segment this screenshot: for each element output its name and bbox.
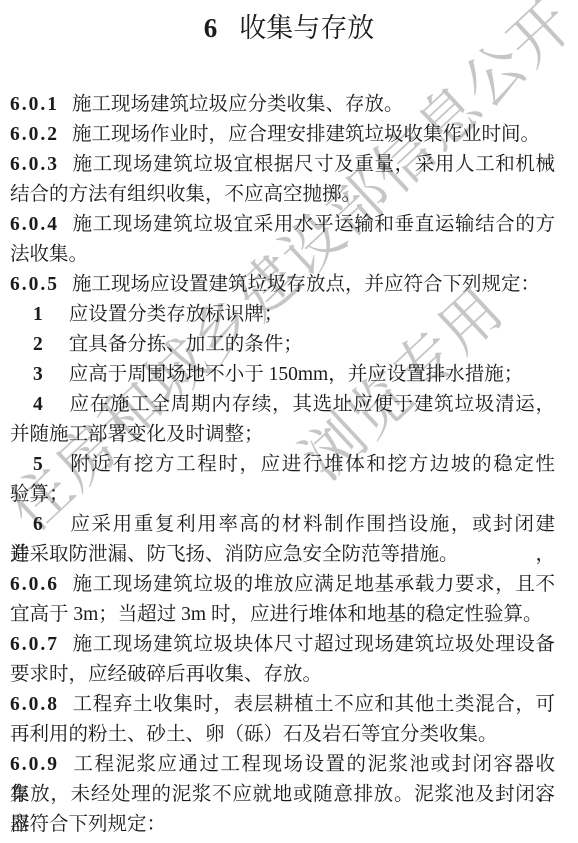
clause-line: 6.0.2施工现场作业时，应合理安排建筑垃圾收集作业时间。: [10, 120, 555, 150]
line-text: 施工现场建筑垃圾宜采用水平运输和垂直运输结合的方: [72, 214, 555, 235]
clause-line: 6.0.8工程弃土收集时，表层耕植土不应和其他土类混合，可: [10, 690, 555, 720]
line-text: 应在施工全周期内存续，其选址应便于建筑垃圾清运，: [69, 394, 555, 415]
line-text: 要求时，应经破碎后再收集、存放。: [10, 664, 322, 685]
line-text: 施工现场建筑垃圾的堆放应满足地基承载力要求，且不: [72, 574, 555, 595]
line-text: 工程弃土收集时，表层耕植土不应和其他土类混合，可: [72, 694, 555, 715]
line-text: 并随施工部署变化及时调整；: [10, 424, 264, 445]
line-text: 再利用的粉土、砂土、卵（砾）石及岩石等宜分类收集。: [10, 724, 498, 745]
clause-line: 6.0.1施工现场建筑垃圾应分类收集、存放。: [10, 90, 555, 120]
clause-line: 6.0.6施工现场建筑垃圾的堆放应满足地基承载力要求，且不: [10, 570, 555, 600]
clause-line: 6.0.3施工现场建筑垃圾宜根据尺寸及重量，采用人工和机械: [10, 150, 555, 180]
clause-number: 6.0.8: [10, 694, 59, 715]
clause-number: 6.0.4: [10, 214, 59, 235]
line-text: 施工现场作业时，应合理安排建筑垃圾收集作业时间。: [72, 124, 540, 145]
clause-line: 6.0.9工程泥浆应通过工程现场设置的泥浆池或封闭容器收集、: [10, 750, 555, 780]
document-page: 住房和城乡建设部信息公开 浏览专用 6收集与存放 6.0.1施工现场建筑垃圾应分…: [0, 0, 578, 843]
item-number: 4: [33, 394, 43, 415]
line-text: 法收集。: [10, 244, 88, 265]
item-line: 2宜具备分拣、加工的条件；: [10, 330, 555, 360]
item-number: 3: [33, 364, 43, 385]
line-text: 结合的方法有组织收集，不应高空抛掷。: [10, 184, 361, 205]
line-text: 应设置分类存放标识牌；: [69, 304, 284, 325]
continuation-line: 结合的方法有组织收集，不应高空抛掷。: [10, 180, 555, 210]
continuation-line: 验算；: [10, 480, 555, 510]
item-number: 2: [33, 334, 43, 355]
clause-number: 6.0.3: [10, 154, 59, 175]
item-line: 6应采用重复利用率高的材料制作围挡设施，或封闭建造，: [10, 510, 555, 540]
clause-number: 6.0.9: [10, 754, 59, 775]
line-text: 应高于周围场地不小于 150mm，并应设置排水措施；: [69, 364, 523, 385]
clause-number: 6.0.5: [10, 274, 59, 295]
continuation-line: 法收集。: [10, 240, 555, 270]
clause-line: 6.0.5施工现场应设置建筑垃圾存放点，并应符合下列规定：: [10, 270, 555, 300]
line-text: 并采取防泄漏、防飞扬、消防应急安全防范等措施。: [10, 544, 459, 565]
clause-number: 6.0.1: [10, 94, 59, 115]
document-body: 6.0.1施工现场建筑垃圾应分类收集、存放。6.0.2施工现场作业时，应合理安排…: [10, 90, 555, 840]
line-text: 施工现场应设置建筑垃圾存放点，并应符合下列规定：: [72, 274, 540, 295]
line-text: 宜具备分拣、加工的条件；: [69, 334, 303, 355]
item-line: 1应设置分类存放标识牌；: [10, 300, 555, 330]
line-text: 施工现场建筑垃圾宜根据尺寸及重量，采用人工和机械: [72, 154, 555, 175]
clause-number: 6.0.6: [10, 574, 59, 595]
continuation-line: 要求时，应经破碎后再收集、存放。: [10, 660, 555, 690]
item-line: 5附近有挖方工程时，应进行堆体和挖方边坡的稳定性: [10, 450, 555, 480]
clause-number: 6.0.7: [10, 634, 59, 655]
chapter-number: 6: [204, 13, 218, 43]
line-text: 验算；: [10, 484, 69, 505]
item-line: 3应高于周围场地不小于 150mm，并应设置排水措施；: [10, 360, 555, 390]
continuation-line: 存放，未经处理的泥浆不应就地或随意排放。泥浆池及封闭容器: [10, 780, 555, 810]
item-number: 1: [33, 304, 43, 325]
line-text: 施工现场建筑垃圾应分类收集、存放。: [72, 94, 404, 115]
continuation-line: 再利用的粉土、砂土、卵（砾）石及岩石等宜分类收集。: [10, 720, 555, 750]
chapter-title: 6收集与存放: [0, 13, 578, 43]
clause-number: 6.0.2: [10, 124, 59, 145]
line-text: 宜高于 3m；当超过 3m 时，应进行堆体和地基的稳定性验算。: [10, 604, 542, 625]
continuation-line: 并随施工部署变化及时调整；: [10, 420, 555, 450]
item-number: 6: [33, 514, 43, 535]
line-text: 应符合下列规定：: [10, 814, 166, 835]
clause-line: 6.0.4施工现场建筑垃圾宜采用水平运输和垂直运输结合的方: [10, 210, 555, 240]
continuation-line: 宜高于 3m；当超过 3m 时，应进行堆体和地基的稳定性验算。: [10, 600, 555, 630]
item-number: 5: [33, 454, 43, 475]
line-text: 附近有挖方工程时，应进行堆体和挖方边坡的稳定性: [69, 454, 555, 475]
continuation-line: 应符合下列规定：: [10, 810, 555, 840]
item-line: 4应在施工全周期内存续，其选址应便于建筑垃圾清运，: [10, 390, 555, 420]
clause-line: 6.0.7施工现场建筑垃圾块体尺寸超过现场建筑垃圾处理设备: [10, 630, 555, 660]
line-text: 施工现场建筑垃圾块体尺寸超过现场建筑垃圾处理设备: [72, 634, 555, 655]
chapter-name: 收集与存放: [239, 13, 374, 43]
